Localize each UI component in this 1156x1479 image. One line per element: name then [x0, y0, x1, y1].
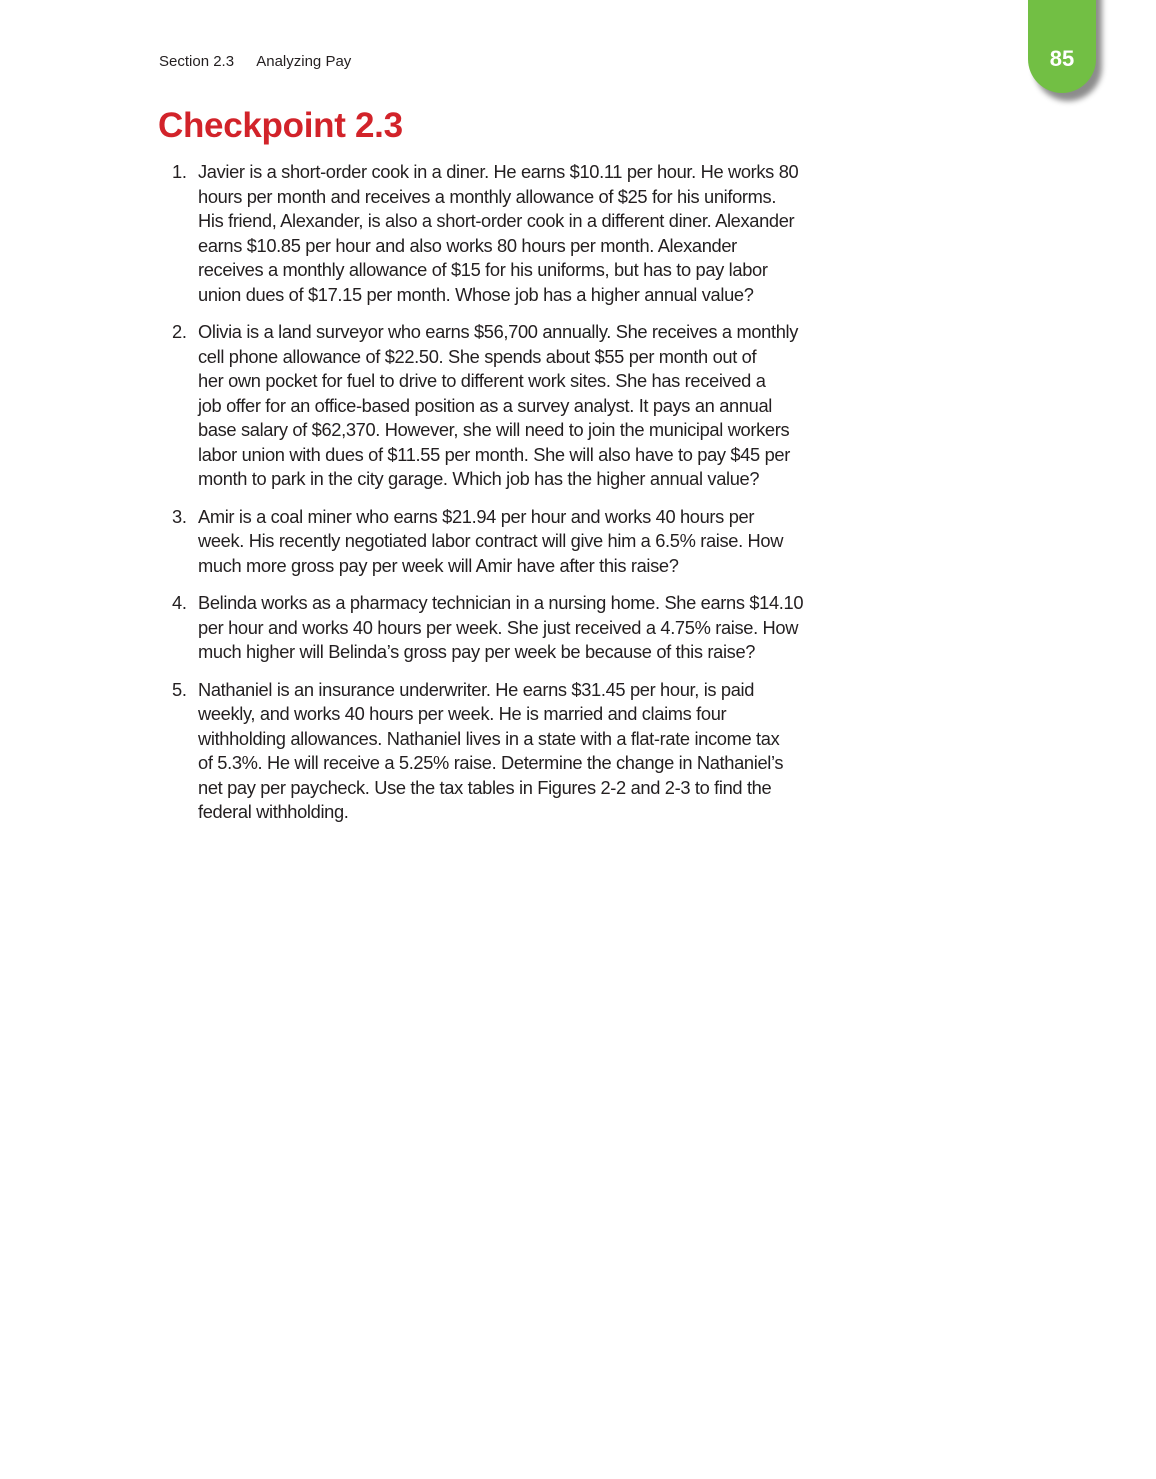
text-line: His friend, Alexander, is also a short-o…	[198, 209, 902, 234]
problem-number: 2.	[172, 320, 198, 492]
page-number-tab: 85	[1028, 0, 1096, 93]
problem-item: 5. Nathaniel is an insurance underwriter…	[172, 678, 902, 825]
text-line: much more gross pay per week will Amir h…	[198, 554, 902, 579]
text-line: of 5.3%. He will receive a 5.25% raise. …	[198, 751, 902, 776]
text-line: her own pocket for fuel to drive to diff…	[198, 369, 902, 394]
text-line: union dues of $17.15 per month. Whose jo…	[198, 283, 902, 308]
text-line: Javier is a short-order cook in a diner.…	[198, 160, 902, 185]
text-line: much higher will Belinda’s gross pay per…	[198, 640, 902, 665]
page-number: 85	[1028, 46, 1096, 72]
text-line: week. His recently negotiated labor cont…	[198, 529, 902, 554]
text-line: hours per month and receives a monthly a…	[198, 185, 902, 210]
text-line: per hour and works 40 hours per week. Sh…	[198, 616, 902, 641]
problem-item: 2. Olivia is a land surveyor who earns $…	[172, 320, 902, 492]
text-line: earns $10.85 per hour and also works 80 …	[198, 234, 902, 259]
problem-text: Belinda works as a pharmacy technician i…	[198, 591, 902, 665]
text-line: labor union with dues of $11.55 per mont…	[198, 443, 902, 468]
problem-number: 4.	[172, 591, 198, 665]
text-line: weekly, and works 40 hours per week. He …	[198, 702, 902, 727]
problem-number: 3.	[172, 505, 198, 579]
text-line: receives a monthly allowance of $15 for …	[198, 258, 902, 283]
text-line: job offer for an office-based position a…	[198, 394, 902, 419]
problem-list: 1. Javier is a short-order cook in a din…	[172, 160, 902, 838]
problem-text: Nathaniel is an insurance underwriter. H…	[198, 678, 902, 825]
problem-number: 5.	[172, 678, 198, 825]
text-line: Amir is a coal miner who earns $21.94 pe…	[198, 505, 902, 530]
problem-item: 1. Javier is a short-order cook in a din…	[172, 160, 902, 307]
problem-text: Amir is a coal miner who earns $21.94 pe…	[198, 505, 902, 579]
problem-item: 4. Belinda works as a pharmacy technicia…	[172, 591, 902, 665]
text-line: net pay per paycheck. Use the tax tables…	[198, 776, 902, 801]
problem-text: Olivia is a land surveyor who earns $56,…	[198, 320, 902, 492]
text-line: federal withholding.	[198, 800, 902, 825]
text-line: base salary of $62,370. However, she wil…	[198, 418, 902, 443]
text-line: month to park in the city garage. Which …	[198, 467, 902, 492]
page-title: Checkpoint 2.3	[158, 106, 403, 146]
text-line: Nathaniel is an insurance underwriter. H…	[198, 678, 902, 703]
section-label: Section 2.3	[159, 53, 234, 70]
text-line: withholding allowances. Nathaniel lives …	[198, 727, 902, 752]
text-line: Belinda works as a pharmacy technician i…	[198, 591, 902, 616]
text-line: cell phone allowance of $22.50. She spen…	[198, 345, 902, 370]
running-head: Section 2.3 Analyzing Pay	[159, 53, 351, 70]
problem-number: 1.	[172, 160, 198, 307]
text-line: Olivia is a land surveyor who earns $56,…	[198, 320, 902, 345]
problem-item: 3. Amir is a coal miner who earns $21.94…	[172, 505, 902, 579]
problem-text: Javier is a short-order cook in a diner.…	[198, 160, 902, 307]
section-title: Analyzing Pay	[256, 53, 351, 70]
